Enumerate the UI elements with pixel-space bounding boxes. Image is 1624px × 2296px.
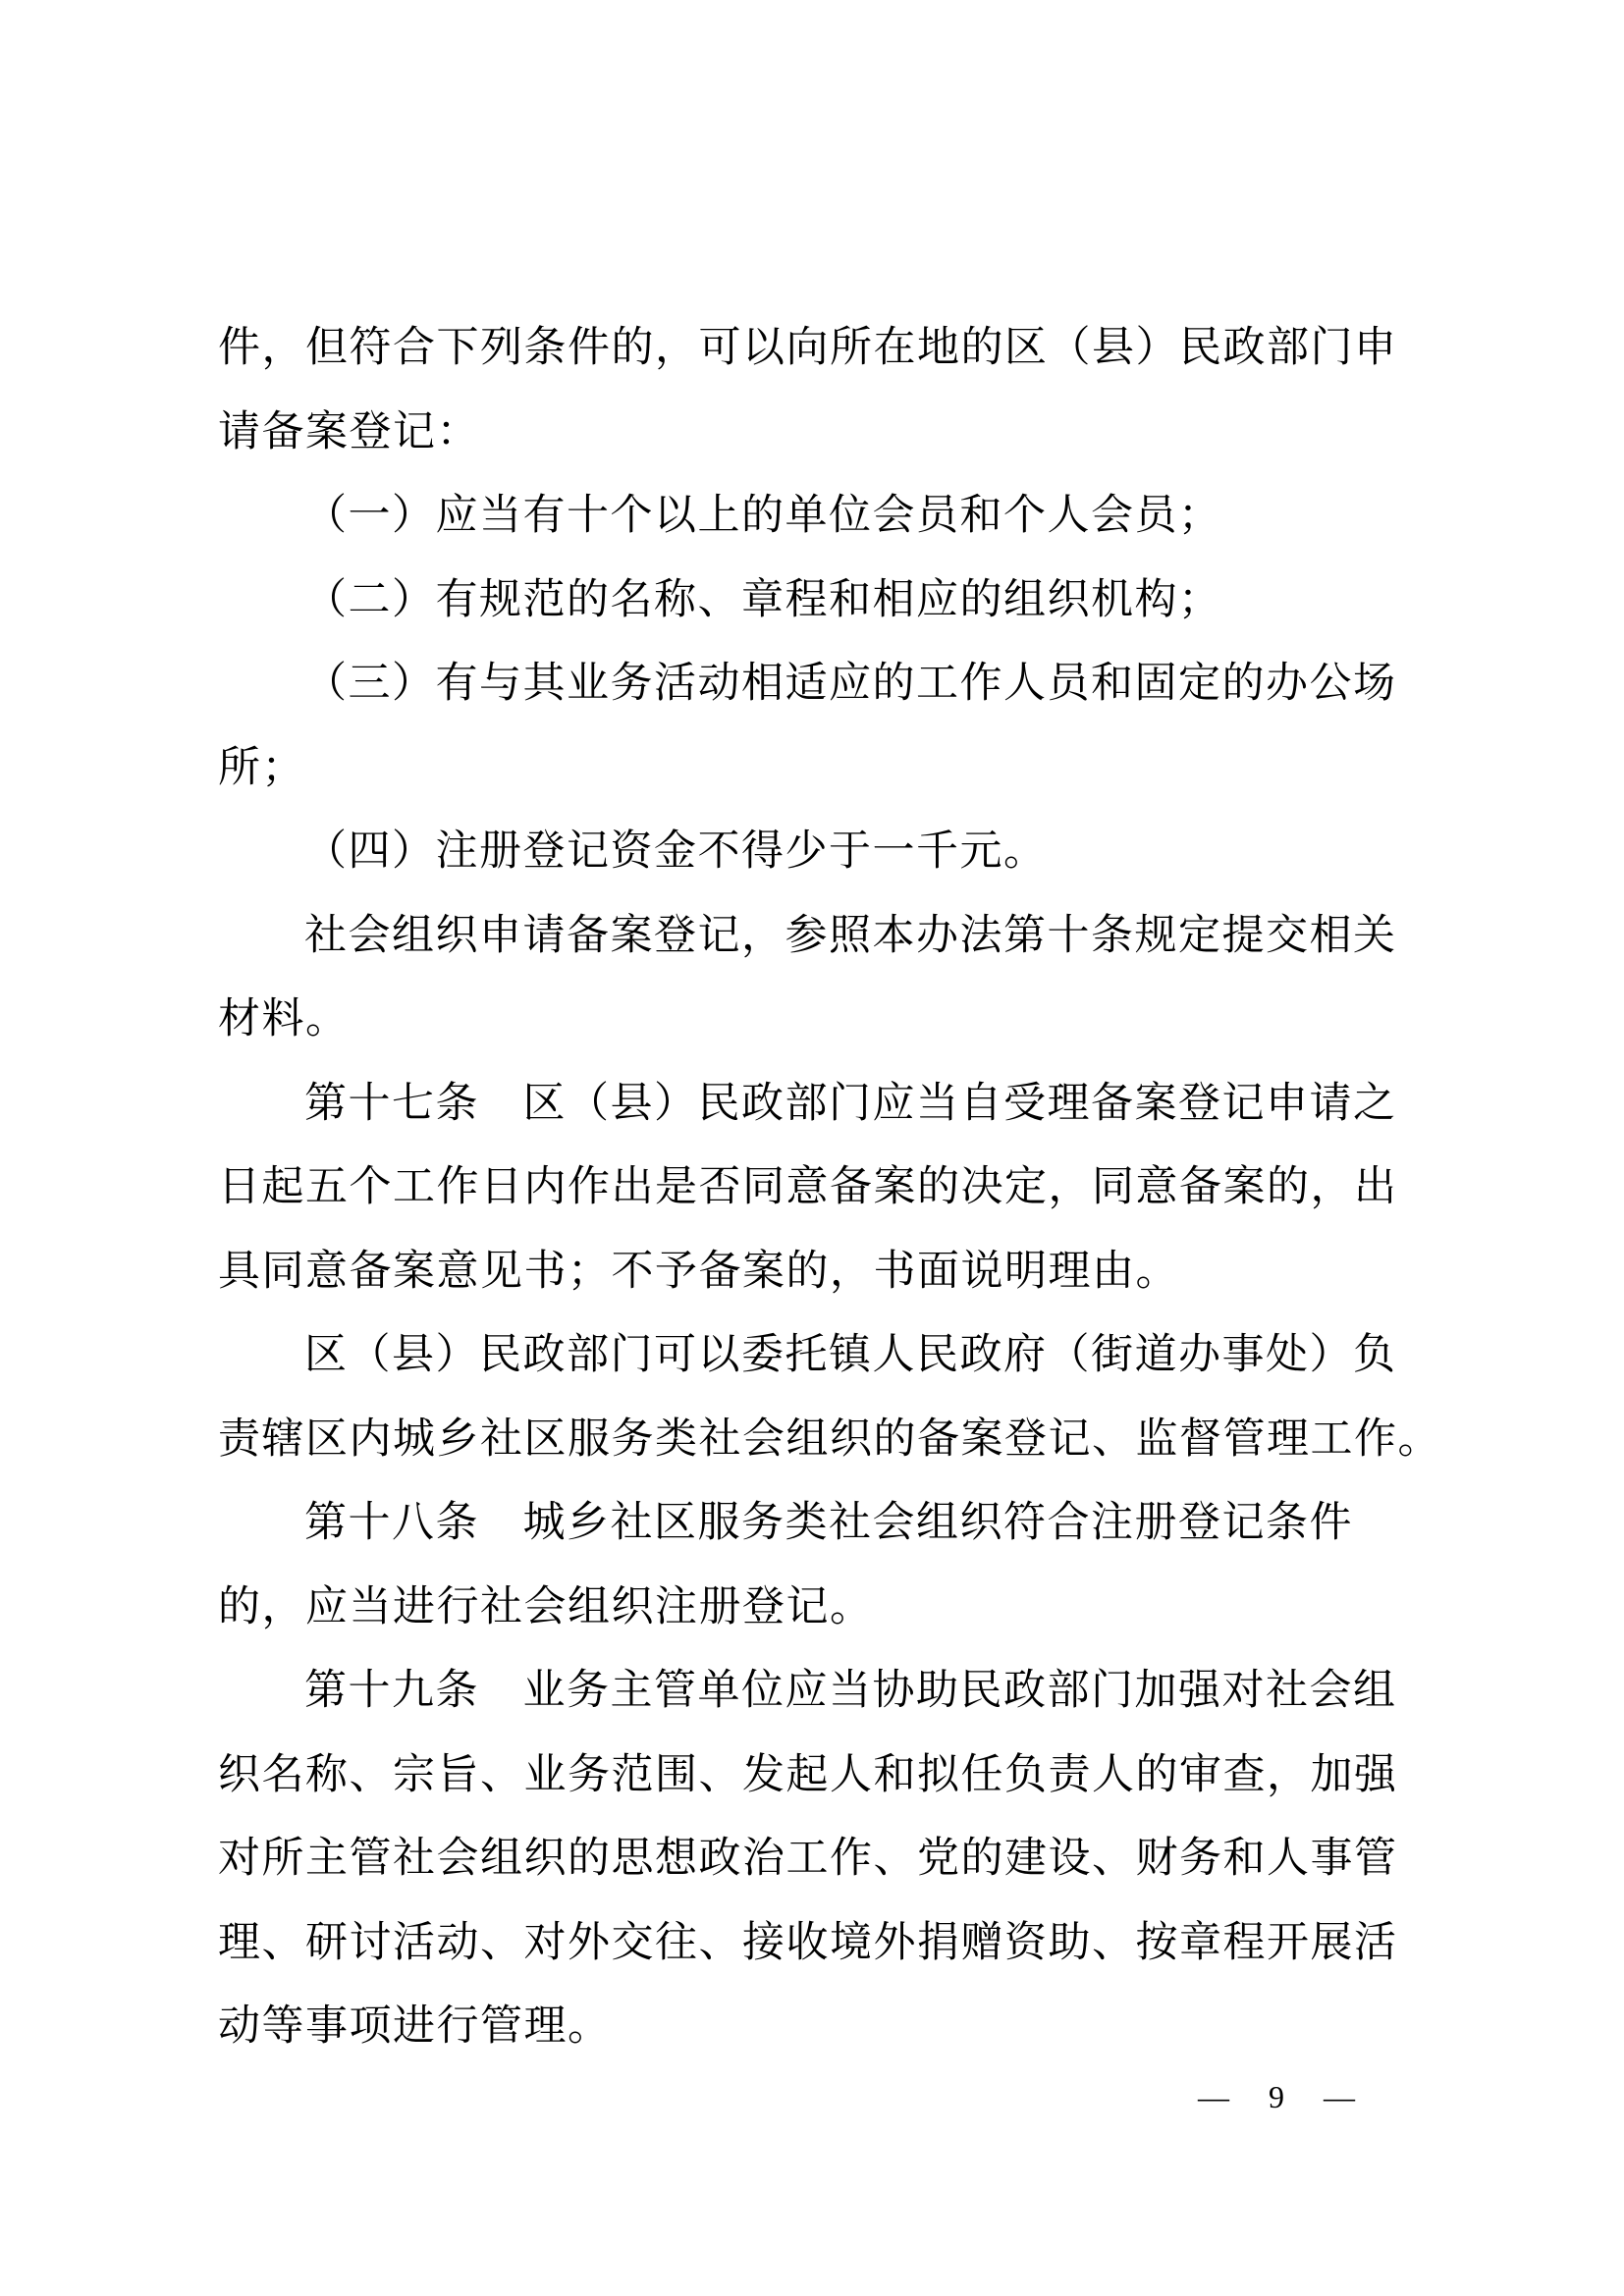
text-line: 第十八条 城乡社区服务类社会组织符合注册登记条件 [218,1481,1408,1566]
text-line: 责辖区内城乡社区服务类社会组织的备案登记、监督管理工作。 [218,1398,1408,1482]
text-line: 区（县）民政部门可以委托镇人民政府（街道办事处）负 [218,1313,1408,1398]
text-line: （四）注册登记资金不得少于一千元。 [218,810,1408,894]
text-line: 材料。 [218,978,1408,1062]
page-body: 件，但符合下列条件的，可以向所在地的区（县）民政部门申 请备案登记： （一）应当… [218,306,1408,2069]
text-line: 理、研讨活动、对外交往、接收境外捐赠资助、按章程开展活 [218,1901,1408,1986]
document-page: 件，但符合下列条件的，可以向所在地的区（县）民政部门申 请备案登记： （一）应当… [0,0,1624,2296]
text-line: 第十九条 业务主管单位应当协助民政部门加强对社会组 [218,1649,1408,1734]
text-line: （一）应当有十个以上的单位会员和个人会员； [218,474,1408,559]
text-line: （二）有规范的名称、章程和相应的组织机构； [218,559,1408,643]
text-line: （三）有与其业务活动相适应的工作人员和固定的办公场 [218,642,1408,726]
text-line: 具同意备案意见书；不予备案的，书面说明理由。 [218,1230,1408,1314]
page-number-dash-left: — [1198,2079,1229,2115]
text-line: 对所主管社会组织的思想政治工作、党的建设、财务和人事管 [218,1817,1408,1901]
text-line: 所； [218,726,1408,811]
text-line: 日起五个工作日内作出是否同意备案的决定，同意备案的，出 [218,1146,1408,1230]
text-line: 第十七条 区（县）民政部门应当自受理备案登记申请之 [218,1062,1408,1147]
text-line: 织名称、宗旨、业务范围、发起人和拟任负责人的审查，加强 [218,1734,1408,1818]
page-number: — 9 — [1198,2079,1355,2115]
text-line: 请备案登记： [218,391,1408,475]
text-line: 件，但符合下列条件的，可以向所在地的区（县）民政部门申 [218,306,1408,391]
text-line: 动等事项进行管理。 [218,1985,1408,2069]
text-line: 社会组织申请备案登记，参照本办法第十条规定提交相关 [218,894,1408,979]
page-number-value: 9 [1269,2079,1284,2115]
text-line: 的，应当进行社会组织注册登记。 [218,1566,1408,1650]
page-number-dash-right: — [1324,2079,1355,2115]
